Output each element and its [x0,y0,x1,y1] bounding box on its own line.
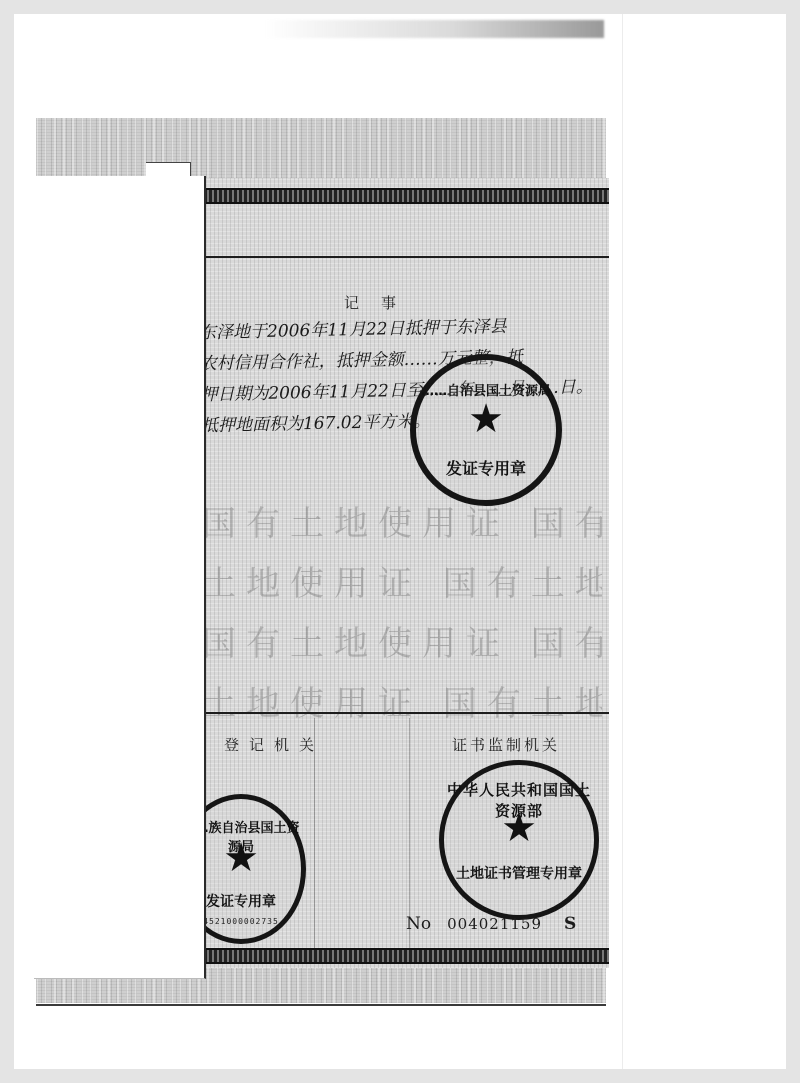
watermark-text: 国有土地使用证 国有土地使 [202,616,602,665]
registration-authority-label: 登记机关 [224,734,324,755]
paper-fold-line [622,14,623,1069]
seal-bottom-text: 发证专用章 [416,456,556,479]
certificate-number: No004021159S [406,914,576,934]
supervision-seal: 中华人民共和国国土资源部 ★ 土地证书管理专用章 [439,760,599,920]
decorative-border-bottom [194,948,609,964]
certificate-number-value: 004021159 [447,915,542,933]
star-icon: ★ [223,838,259,878]
star-icon: ★ [468,399,504,439]
divider-line [194,256,609,258]
decorative-border-top [194,188,609,204]
certificate-number-prefix: No [406,914,431,934]
memo-official-seal: ……自治县国土资源局 ★ 发证专用章 [410,354,562,506]
certificate-number-suffix: S [564,914,576,934]
certificate-panel: 国有土地使用证 国有土地 土地使用证 国有土地使用证 国 国有土地使用证 国有土… [191,178,609,968]
blank-cover-sheet [34,176,206,979]
seal-bottom-text: 土地证书管理专用章 [444,863,594,883]
scanned-page: 国有土地使用证 国有土地 土地使用证 国有土地使用证 国 国有土地使用证 国有土… [14,14,786,1069]
watermark-text: 国有土地使用证 国有土地 [202,496,602,545]
toner-smudge [264,20,604,38]
star-icon: ★ [501,808,537,848]
watermark-text: 土地使用证 国有土地使用证 国 [202,556,602,605]
watermark-text: 土地使用证 国有土地 [202,676,602,725]
divider-line [194,712,609,714]
scan-edge-line [36,1004,606,1006]
memo-title: 记事 [344,292,418,313]
supervision-authority-label: 证书监制机关 [452,734,560,755]
